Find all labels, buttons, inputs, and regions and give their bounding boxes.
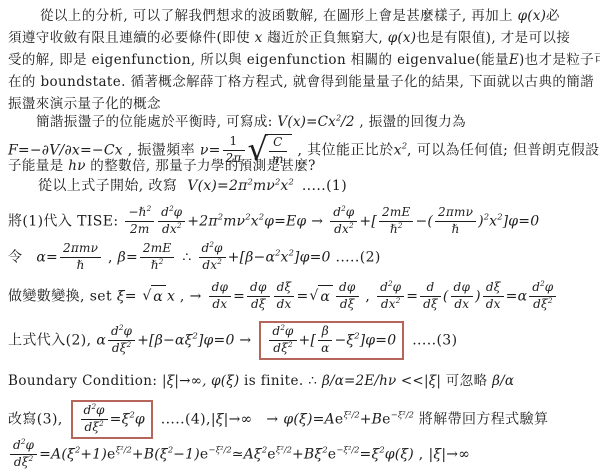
denominator: 2m bbox=[125, 222, 154, 237]
text-run: 將(1)代入 TISE: bbox=[8, 213, 123, 229]
superscript: 2 bbox=[217, 257, 222, 266]
denominator: dξ2 bbox=[81, 420, 108, 435]
text-run: → bbox=[306, 213, 328, 229]
math-run: dφ bbox=[454, 280, 471, 294]
numerator: dφ bbox=[209, 281, 232, 297]
math-run: dξ bbox=[14, 455, 29, 469]
math-run: E bbox=[509, 52, 519, 68]
math-run: = bbox=[406, 288, 418, 304]
fraction: dξdx bbox=[483, 281, 504, 312]
math-run: β/α=2E/hν <<|ξ| bbox=[322, 373, 441, 389]
math-run: φ bbox=[346, 205, 355, 219]
math-run: ξ= bbox=[117, 288, 142, 304]
numerator: d bbox=[420, 281, 441, 297]
text-run: e bbox=[267, 446, 276, 462]
denominator: dx2 bbox=[330, 222, 357, 237]
superscript: ξ²/2 bbox=[116, 445, 132, 455]
denominator: ℏ2 bbox=[379, 222, 413, 237]
denominator: dξ bbox=[247, 297, 270, 312]
fraction: d2φdξ2 bbox=[269, 325, 296, 356]
denominator: dξ2 bbox=[269, 341, 296, 356]
sqrt-radical: √α bbox=[309, 285, 333, 307]
superscript: −ξ²/2 bbox=[209, 445, 232, 455]
denominator: dξ2 bbox=[10, 455, 37, 470]
numerator: dφ bbox=[451, 281, 474, 297]
superscript: 2 bbox=[147, 204, 152, 213]
denominator: dξ2 bbox=[529, 297, 556, 312]
numerator: dφ bbox=[336, 281, 359, 297]
text-run: Boundary Condition: bbox=[8, 373, 162, 389]
numerator: d2φ bbox=[330, 206, 357, 222]
fraction: 2πmνℏ bbox=[60, 242, 101, 273]
math-run: dx bbox=[212, 297, 227, 311]
math-run: dx bbox=[162, 222, 177, 236]
math-run: ℏ bbox=[452, 222, 460, 236]
math-run: dξ bbox=[112, 341, 127, 355]
math-run: d bbox=[13, 438, 21, 452]
math-run: mν bbox=[253, 178, 275, 194]
superscript: −ξ²/2 bbox=[391, 410, 414, 420]
numerator: dξ bbox=[483, 281, 504, 297]
numerator: d2φ bbox=[377, 281, 404, 297]
math-run: dξ bbox=[84, 420, 99, 434]
text-run: .....(1) bbox=[302, 178, 347, 194]
math-run: φ bbox=[26, 438, 35, 452]
text-run: 子能量是 bbox=[8, 158, 68, 174]
denominator: dx bbox=[209, 297, 232, 312]
math-run: = bbox=[296, 288, 308, 304]
denominator: dξ2 bbox=[108, 341, 135, 356]
text-run: 在的 boundstate. 循著概念解薛丁格方程式, 就會得到能量量子化的結果… bbox=[8, 74, 594, 90]
superscript: 2 bbox=[99, 419, 104, 428]
math-run: mν bbox=[223, 213, 245, 229]
math-run: +[β−αξ bbox=[137, 332, 192, 348]
math-run: ( bbox=[443, 288, 449, 304]
math-run: x bbox=[255, 30, 263, 46]
text-run: 振盪來演示量子化的概念 bbox=[8, 96, 161, 112]
math-run: dξ bbox=[340, 297, 355, 311]
radicand: α bbox=[151, 285, 166, 307]
math-run: α= bbox=[36, 249, 58, 265]
superscript: 2 bbox=[159, 257, 164, 266]
math-run: φ bbox=[124, 324, 133, 338]
math-run: ]φ=0 bbox=[198, 332, 235, 348]
math-run: +2π bbox=[187, 213, 217, 229]
math-run: d bbox=[427, 280, 435, 294]
text-run: 必 bbox=[546, 8, 560, 24]
superscript: ξ²/2 bbox=[344, 410, 360, 420]
fraction: d2φdξ2 bbox=[108, 325, 135, 356]
math-run: dξ bbox=[486, 280, 501, 294]
fraction: d2φdx2 bbox=[199, 242, 226, 273]
text-run: 從以上式子開始, 改寫 bbox=[38, 178, 177, 194]
math-run: d bbox=[333, 205, 341, 219]
math-run: ≃Aξ bbox=[232, 446, 262, 462]
text-run: 改寫(3), bbox=[8, 411, 68, 427]
fraction: 2mEℏ2 bbox=[140, 242, 174, 273]
superscript: ξ²/2 bbox=[276, 445, 292, 455]
math-run: d bbox=[532, 280, 540, 294]
math-run: ]φ=0 bbox=[294, 249, 331, 265]
math-run: dφ bbox=[250, 280, 267, 294]
math-run: =ξ bbox=[110, 411, 130, 427]
math-run: /2 bbox=[341, 114, 355, 130]
math-run: = bbox=[233, 288, 245, 304]
math-run: 2πmν bbox=[438, 205, 473, 219]
numerator: 2mE bbox=[379, 206, 413, 222]
math-run: C bbox=[273, 135, 282, 149]
fraction: d2φdξ2 bbox=[81, 404, 108, 435]
math-run: φ(ξ)=A bbox=[283, 411, 334, 427]
math-run: φ(ξ) bbox=[385, 446, 414, 462]
superscript: 2 bbox=[127, 340, 132, 349]
text-run: , 振盪的回復力為 bbox=[355, 114, 466, 130]
math-run: dx bbox=[277, 297, 292, 311]
numerator: dφ bbox=[247, 281, 270, 297]
doc-line: 子能量是 hν 的整數倍, 那量子力學的預測是甚麼? bbox=[8, 156, 316, 176]
doc-line: 須遵守收斂有限且連續的必要條件(即使 x 趨近於正負無窮大, φ(x)也是有限值… bbox=[8, 28, 570, 48]
text-run: , 可以為任何值; 但普朗克假設粒 bbox=[407, 142, 600, 158]
fraction: βα bbox=[318, 325, 332, 356]
superscript: 2 bbox=[548, 296, 553, 305]
doc-line: 從以上式子開始, 改寫V(x)=2π2mν2x2.....(1) bbox=[38, 176, 347, 196]
math-run: +[β−α bbox=[228, 249, 275, 265]
numerator: β bbox=[318, 325, 332, 341]
numerator: −ℏ2 bbox=[125, 206, 154, 222]
math-run: φ bbox=[545, 280, 554, 294]
text-run: 可忽略 bbox=[441, 373, 492, 389]
math-run: ℏ bbox=[151, 258, 159, 272]
text-run: , → bbox=[175, 288, 207, 304]
denominator: dξ bbox=[420, 297, 441, 312]
text-run: .....(2) bbox=[331, 249, 381, 265]
superscript: 2 bbox=[288, 176, 293, 186]
math-run: hν bbox=[68, 158, 85, 174]
math-run: x bbox=[280, 249, 288, 265]
math-run: φ bbox=[393, 280, 402, 294]
math-run: α bbox=[96, 332, 106, 348]
math-run: d bbox=[111, 324, 119, 338]
text-run: 1 bbox=[229, 134, 237, 148]
fraction: ddξ bbox=[420, 281, 441, 312]
math-run: dφ bbox=[212, 280, 229, 294]
superscript: 2 bbox=[177, 221, 182, 230]
math-run: dξ bbox=[533, 297, 548, 311]
math-run: dx bbox=[334, 222, 349, 236]
text-run: , bbox=[414, 446, 429, 462]
math-run: =α bbox=[506, 288, 528, 304]
text-run: 從以上的分析, 可以了解我們想求的波函數解, 在圖形上會是甚麼樣子, 再加上 bbox=[40, 8, 518, 24]
doc-line: 受的解, 即是 eigenfunction, 所以與 eigenfunction… bbox=[8, 50, 600, 70]
doc-line: 簡諧振盪子的位能處於平衡時, 可寫成: V(x)=Cx2/2 , 振盪的回復力為 bbox=[36, 112, 466, 132]
fraction: d2φdx2 bbox=[377, 281, 404, 312]
superscript: 2 bbox=[349, 221, 354, 230]
fraction: 2πmνℏ bbox=[435, 206, 476, 237]
math-run: dξ bbox=[277, 280, 292, 294]
numerator: d2φ bbox=[108, 325, 135, 341]
math-run: =ξ bbox=[360, 446, 380, 462]
denominator: dx2 bbox=[199, 258, 226, 273]
math-run: β/α bbox=[492, 373, 514, 389]
denominator: dx2 bbox=[158, 222, 185, 237]
math-run: 2πmν bbox=[63, 241, 98, 255]
math-run: x bbox=[394, 142, 402, 158]
numerator: d2φ bbox=[10, 439, 37, 455]
text-run: .....(4), bbox=[156, 411, 211, 427]
doc-line: 做變數變換, set ξ= √αx , → dφdx=dφdξdξdx=√αdφ… bbox=[8, 281, 558, 312]
math-run: φ bbox=[96, 403, 105, 417]
math-run: β bbox=[322, 324, 329, 338]
doc-line: 從以上的分析, 可以了解我們想求的波函數解, 在圖形上會是甚麼樣子, 再加上 φ… bbox=[40, 6, 560, 26]
denominator: dx2 bbox=[377, 297, 404, 312]
math-run: φ bbox=[285, 324, 294, 338]
math-run: α bbox=[153, 289, 163, 305]
math-run: ℏ bbox=[390, 222, 398, 236]
text-run: 受的解, 即是 eigenfunction, 所以與 eigenfunction… bbox=[8, 52, 509, 68]
fraction: dφdξ bbox=[336, 281, 359, 312]
math-run: 2mE bbox=[382, 205, 410, 219]
doc-line: 將(1)代入 TISE: −ℏ22md2φdx2+2π2mν2x2φ=Eφ → … bbox=[8, 206, 539, 237]
text-run: 將解帶回方程式驗算 bbox=[414, 411, 548, 427]
math-run: +B(ξ bbox=[132, 446, 168, 462]
numerator: 2πmν bbox=[435, 206, 476, 222]
math-run: dx bbox=[202, 258, 217, 272]
math-run: dξ bbox=[423, 297, 438, 311]
fraction: d2φdξ2 bbox=[529, 281, 556, 312]
doc-line: 令α=2πmνℏ , β=2mEℏ2∴ d2φdx2+[β−α2x2]φ=0 .… bbox=[8, 242, 381, 273]
highlight-box: d2φdξ2=ξ2φ bbox=[71, 400, 153, 439]
math-run: φ bbox=[174, 205, 183, 219]
math-run: ℏ bbox=[77, 258, 85, 272]
math-run: −( bbox=[415, 213, 433, 229]
math-run: −ξ bbox=[334, 332, 354, 348]
math-run: x bbox=[251, 213, 259, 229]
numerator: 1 bbox=[223, 135, 245, 151]
math-run: α bbox=[321, 341, 329, 355]
numerator: 2πmν bbox=[60, 242, 101, 258]
denominator: dx bbox=[274, 297, 295, 312]
text-run: ∴ bbox=[182, 249, 196, 265]
text-run: )也才是粒子可以存 bbox=[519, 52, 600, 68]
math-run: 2mE bbox=[143, 241, 171, 255]
text-run: 簡諧振盪子的位能處於平衡時, 可寫成: bbox=[36, 114, 277, 130]
math-run: dξ bbox=[273, 341, 288, 355]
math-run: 2m bbox=[130, 222, 149, 236]
math-run: φ bbox=[135, 411, 145, 427]
math-run: φ(x) bbox=[518, 8, 546, 24]
superscript: 2 bbox=[398, 221, 403, 230]
text-run: → bbox=[235, 332, 257, 348]
math-run: dx bbox=[454, 297, 469, 311]
math-run: x bbox=[167, 288, 175, 304]
numerator: dξ bbox=[274, 281, 295, 297]
math-run: β= bbox=[118, 249, 138, 265]
math-run: ]φ=0 bbox=[503, 213, 540, 229]
denominator: dx bbox=[483, 297, 504, 312]
math-run: +1) bbox=[80, 446, 107, 462]
text-run: e bbox=[107, 446, 116, 462]
numerator: d2φ bbox=[529, 281, 556, 297]
math-run: dφ bbox=[339, 280, 356, 294]
fraction: d2φdξ2 bbox=[10, 439, 37, 470]
highlight-box: d2φdξ2+[βα−ξ2]φ=0 bbox=[259, 321, 404, 360]
math-run: +Bξ bbox=[292, 446, 322, 462]
radicand: α bbox=[318, 285, 333, 307]
fraction: −ℏ22m bbox=[125, 206, 154, 237]
text-run: 趨近於正負無窮大, bbox=[263, 30, 388, 46]
math-run: −ℏ bbox=[128, 205, 146, 219]
superscript: 2 bbox=[29, 454, 34, 463]
math-run: +[ bbox=[359, 213, 377, 229]
math-run: −1) bbox=[173, 446, 200, 462]
text-run: 須遵守收斂有限且連續的必要條件(即使 bbox=[8, 30, 255, 46]
fraction: dφdξ bbox=[247, 281, 270, 312]
text-run: , bbox=[103, 249, 118, 265]
denominator: α bbox=[318, 341, 332, 356]
math-run: d bbox=[380, 280, 388, 294]
text-run: 做變數變換, set bbox=[8, 288, 117, 304]
math-run: φ=Eφ bbox=[264, 213, 306, 229]
numerator: d2φ bbox=[269, 325, 296, 341]
math-run: |ξ|→∞, φ(ξ) bbox=[162, 373, 239, 389]
math-run: +B bbox=[360, 411, 382, 427]
doc-line: d2φdξ2=A(ξ2+1)eξ²/2+B(ξ2−1)e−ξ²/2≃Aξ2eξ²… bbox=[8, 439, 470, 470]
text-run: 上式代入(2), bbox=[8, 332, 96, 348]
text-run: 令 bbox=[8, 249, 22, 265]
doc-line: 改寫(3), d2φdξ2=ξ2φ .....(4),|ξ|→∞→ φ(ξ)=A… bbox=[8, 400, 548, 439]
math-run: ]φ=0 bbox=[360, 332, 397, 348]
math-run: ) bbox=[475, 288, 481, 304]
math-run: d bbox=[161, 205, 169, 219]
text-run: 的整數倍, 那量子力學的預測是甚麼? bbox=[86, 158, 316, 174]
superscript: −ξ²/2 bbox=[336, 445, 359, 455]
doc-line: 在的 boundstate. 循著概念解薛丁格方程式, 就會得到能量量子化的結果… bbox=[8, 72, 594, 92]
math-run: dx bbox=[486, 297, 501, 311]
math-run: +[ bbox=[299, 332, 317, 348]
superscript: 2 bbox=[396, 296, 401, 305]
denominator: dx bbox=[451, 297, 474, 312]
fraction: d2φdx2 bbox=[158, 206, 185, 237]
math-run: |ξ|→∞ bbox=[211, 411, 253, 427]
fraction: dφdx bbox=[209, 281, 232, 312]
math-run: φ(x) bbox=[388, 30, 416, 46]
text-run: .....(3) bbox=[407, 332, 457, 348]
fraction: 2mEℏ2 bbox=[379, 206, 413, 237]
text-run: e bbox=[382, 411, 391, 427]
denominator: ℏ bbox=[60, 258, 101, 273]
math-run: V(x)=2π bbox=[187, 178, 247, 194]
doc-line: 上式代入(2), αd2φdξ2+[β−αξ2]φ=0 → d2φdξ2+[βα… bbox=[8, 321, 457, 360]
numerator: d2φ bbox=[158, 206, 185, 222]
math-run: =A(ξ bbox=[39, 446, 75, 462]
numerator: 2mE bbox=[140, 242, 174, 258]
fraction: d2φdx2 bbox=[330, 206, 357, 237]
text-run: is finite. ∴ bbox=[239, 373, 322, 389]
text-run: , bbox=[361, 288, 376, 304]
numerator: d2φ bbox=[81, 404, 108, 420]
math-run: dx bbox=[381, 297, 396, 311]
radical-sign-icon: √ bbox=[309, 286, 318, 306]
math-run: V(x)=Cx bbox=[277, 114, 336, 130]
text-run: → bbox=[266, 411, 283, 427]
math-run: dξ bbox=[251, 297, 266, 311]
text-run: e bbox=[335, 411, 344, 427]
math-run: φ bbox=[214, 241, 223, 255]
superscript: 2 bbox=[288, 340, 293, 349]
text-run: 也是有限值), 才是可以接 bbox=[416, 30, 570, 46]
math-run: α bbox=[320, 289, 330, 305]
radical-sign-icon: √ bbox=[142, 286, 151, 306]
sqrt-radical: √α bbox=[142, 285, 166, 307]
denominator: ℏ bbox=[435, 222, 476, 237]
numerator: C bbox=[269, 136, 287, 152]
text-run: e bbox=[200, 446, 209, 462]
fraction: dξdx bbox=[274, 281, 295, 312]
math-run: |ξ|→∞ bbox=[429, 446, 471, 462]
numerator: d2φ bbox=[199, 242, 226, 258]
denominator: dξ bbox=[336, 297, 359, 312]
fraction: dφdx bbox=[451, 281, 474, 312]
doc-line: Boundary Condition: |ξ|→∞, φ(ξ) is finit… bbox=[8, 371, 514, 391]
doc-line: 振盪來演示量子化的概念 bbox=[8, 94, 161, 114]
denominator: ℏ2 bbox=[140, 258, 174, 273]
document-page: 從以上的分析, 可以了解我們想求的波函數解, 在圖形上會是甚麼樣子, 再加上 φ… bbox=[0, 0, 600, 473]
